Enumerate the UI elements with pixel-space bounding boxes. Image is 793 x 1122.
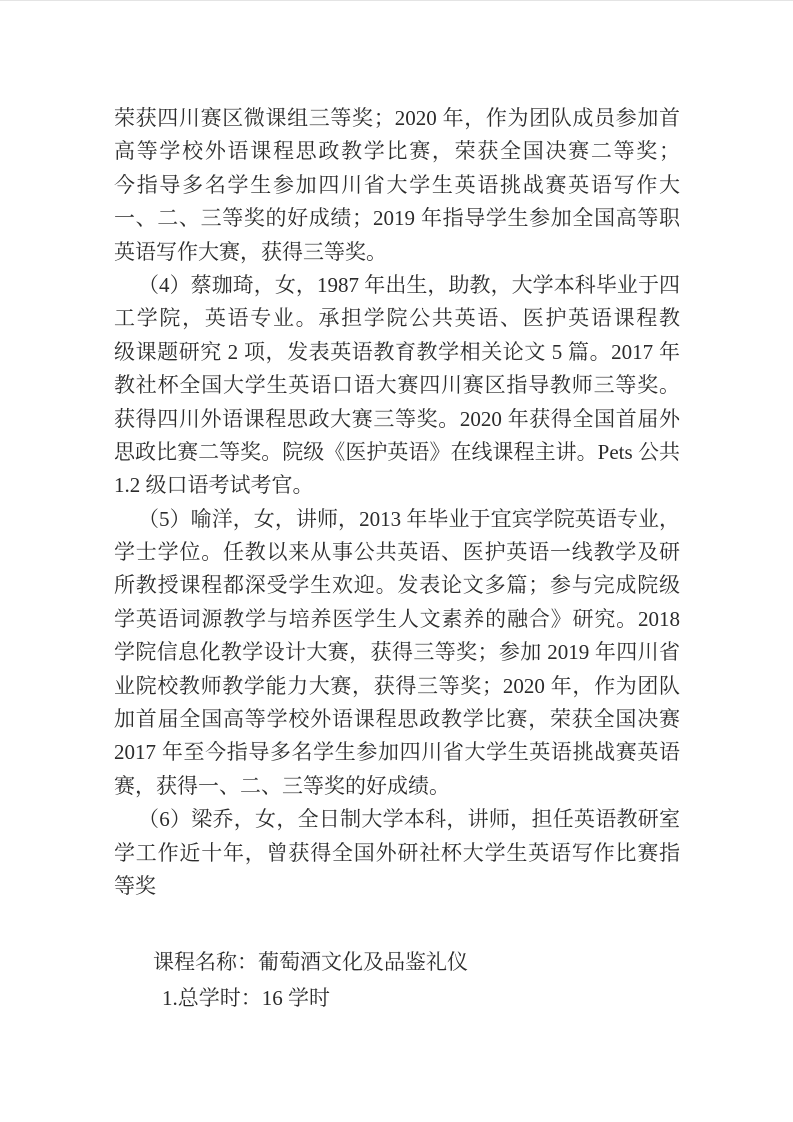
text-line: 教社杯全国大学生英语口语大赛四川赛区指导教师三等奖。2020 年 (114, 369, 680, 402)
text-line: 业院校教师教学能力大赛，获得三等奖；2020 年，作为团队成员参 (114, 670, 680, 703)
text-line: 所教授课程都深受学生欢迎。发表论文多篇；参与完成院级课题《医 (114, 569, 680, 602)
text-line: （4）蔡珈琦，女，1987 年出生，助教，大学本科毕业于四川理 (114, 269, 680, 302)
text-line: 学英语词源教学与培养医学生人文素养的融合》研究。2018 年参加 (114, 603, 680, 636)
text-line: 获得四川外语课程思政大赛三等奖。2020 年获得全国首届外语课程 (114, 403, 680, 436)
text-line: （6）梁乔，女，全日制大学本科，讲师，担任英语教研室英语教 (114, 803, 680, 836)
text-line: 1.2 级口语考试考官。 (114, 469, 680, 502)
text-line: 赛，获得一、二、三等奖的好成绩。 (114, 770, 680, 803)
text-line: 学士学位。任教以来从事公共英语、医护英语一线教学及研究工作， (114, 536, 680, 569)
text-line: 级课题研究 2 项，发表英语教育教学相关论文 5 篇。2017 年获得高 (114, 336, 680, 369)
course-section: 课程名称：葡萄酒文化及品鉴礼仪 1.总学时：16 学时 (114, 946, 680, 1015)
text-line: 高等学校外语课程思政教学比赛，荣获全国决赛二等奖；2015 年至 (114, 135, 680, 168)
text-line: 2017 年至今指导多名学生参加四川省大学生英语挑战赛英语阅读大 (114, 736, 680, 769)
document-page: 荣获四川赛区微课组三等奖；2020 年，作为团队成员参加首届全国 高等学校外语课… (0, 0, 793, 1122)
text-line: 加首届全国高等学校外语课程思政教学比赛，荣获全国决赛二等奖； (114, 703, 680, 736)
text-line: 今指导多名学生参加四川省大学生英语挑战赛英语写作大赛，获得 (114, 169, 680, 202)
paragraph-teacher-6: （6）梁乔，女，全日制大学本科，讲师，担任英语教研室英语教 学工作近十年，曾获得… (114, 803, 680, 903)
text-line: 思政比赛二等奖。院级《医护英语》在线课程主讲。Pets 公共英语 (114, 436, 680, 469)
course-total-hours-line: 1.总学时：16 学时 (114, 982, 680, 1015)
text-line: 一、二、三等奖的好成绩；2019 年指导学生参加全国高等职业院校 (114, 202, 680, 235)
text-line: 学院信息化教学设计大赛，获得三等奖；参加 2019 年四川省高等职 (114, 636, 680, 669)
paragraph-teacher-4: （4）蔡珈琦，女，1987 年出生，助教，大学本科毕业于四川理 工学院，英语专业… (114, 269, 680, 503)
paragraph-teacher-3-continuation: 荣获四川赛区微课组三等奖；2020 年，作为团队成员参加首届全国 高等学校外语课… (114, 102, 680, 269)
text-line: 荣获四川赛区微课组三等奖；2020 年，作为团队成员参加首届全国 (114, 102, 680, 135)
text-line: 等奖 (114, 870, 680, 903)
course-name-line: 课程名称：葡萄酒文化及品鉴礼仪 (114, 946, 680, 979)
document-body: 荣获四川赛区微课组三等奖；2020 年，作为团队成员参加首届全国 高等学校外语课… (114, 102, 680, 1015)
paragraph-teacher-5: （5）喻洋，女，讲师，2013 年毕业于宜宾学院英语专业，文学 学士学位。任教以… (114, 503, 680, 804)
text-line: 英语写作大赛，获得三等奖。 (114, 236, 680, 269)
text-line: 工学院，英语专业。承担学院公共英语、医护英语课程教学。参与院 (114, 302, 680, 335)
page-top-edge (0, 0, 793, 1)
text-line: 学工作近十年，曾获得全国外研社杯大学生英语写作比赛指导教师三 (114, 837, 680, 870)
text-line: （5）喻洋，女，讲师，2013 年毕业于宜宾学院英语专业，文学 (114, 503, 680, 536)
